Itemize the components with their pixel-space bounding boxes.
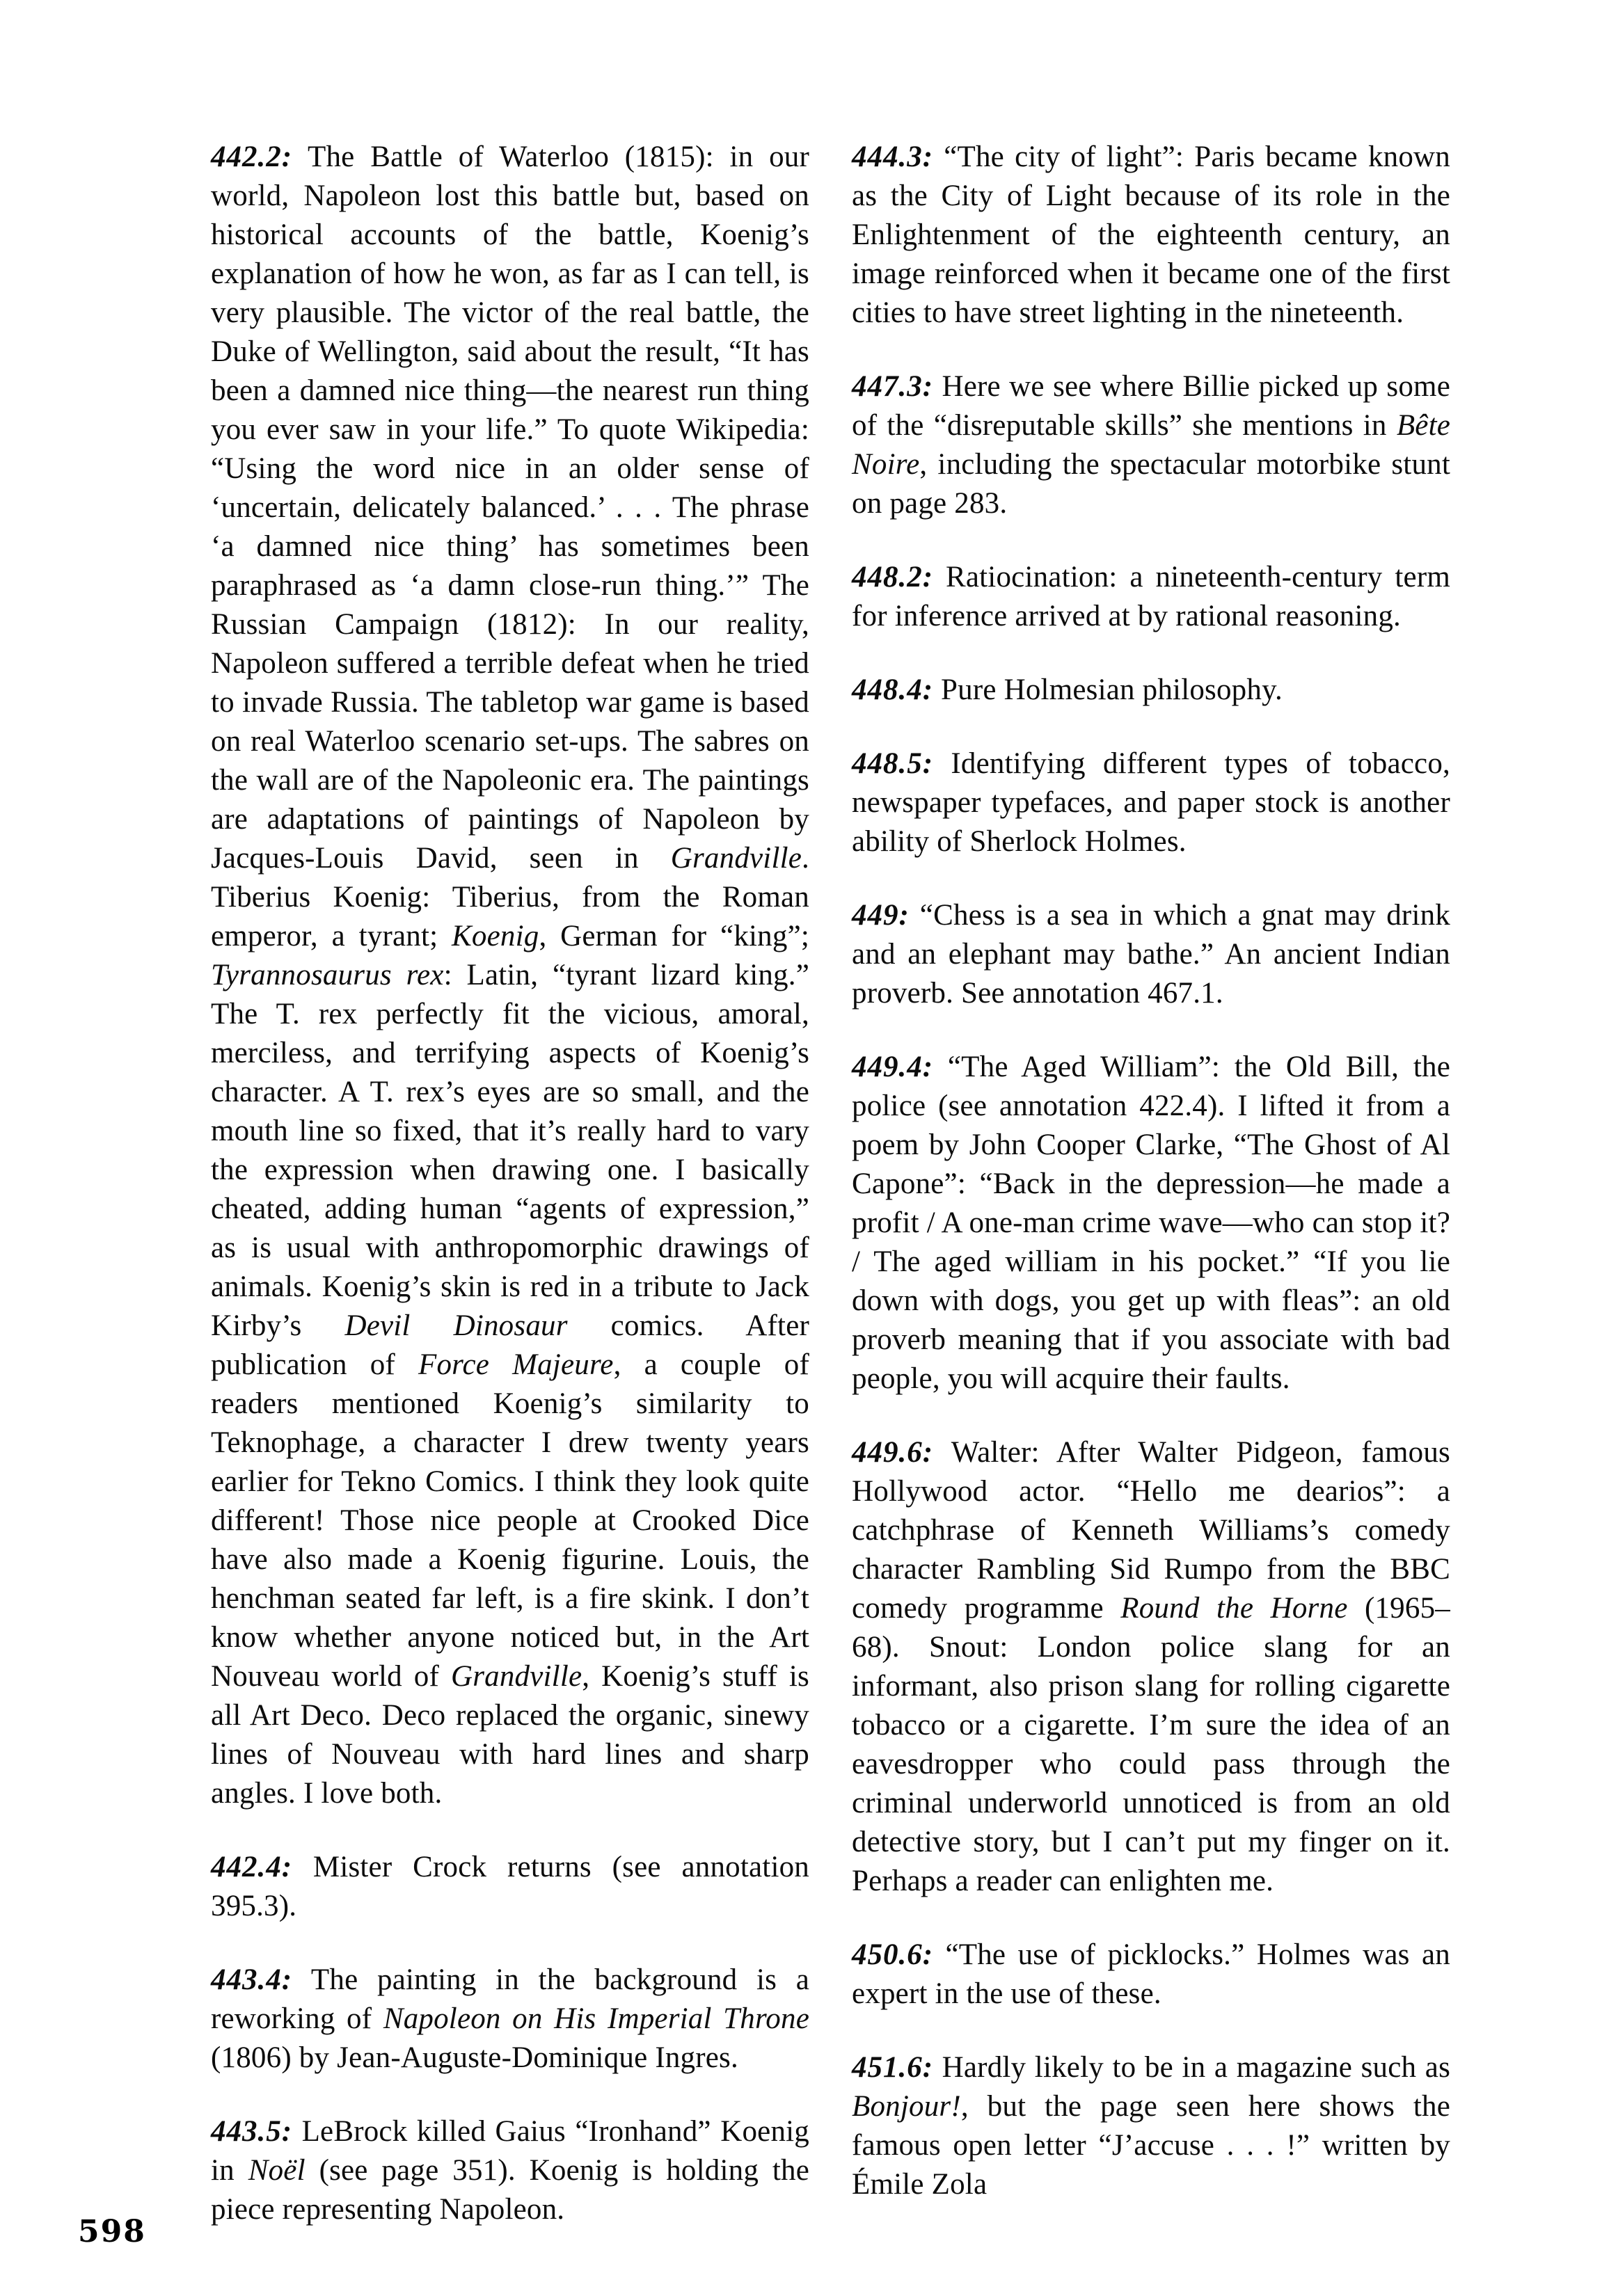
- annotation-text: Hardly likely to be in a magazine such a…: [933, 2051, 1450, 2084]
- annotation-italic-text: Tyrannosaurus rex: [211, 959, 444, 991]
- annotation-italic-text: Round the Horne: [1120, 1592, 1347, 1625]
- annotation-number: 451.6:: [852, 2051, 933, 2084]
- annotation-number: 444.3:: [852, 141, 933, 173]
- annotation-text: , a couple of readers mentioned Koenig’s…: [211, 1348, 809, 1693]
- annotation-text: The Battle of Waterloo (1815): in our wo…: [211, 141, 809, 875]
- annotation-442-4: 442.4: Mister Crock returns (see annotat…: [211, 1848, 809, 1926]
- annotation-number: 450.6:: [852, 1938, 933, 1971]
- annotation-text: Here we see where Billie picked up some …: [852, 370, 1450, 442]
- annotation-text: , German for “king”;: [539, 920, 809, 952]
- annotation-text: “The Aged William”: the Old Bill, the po…: [852, 1051, 1450, 1395]
- annotation-450-6: 450.6: “The use of picklocks.” Holmes wa…: [852, 1936, 1450, 2014]
- annotation-number: 449.4:: [852, 1051, 933, 1083]
- annotation-text: Identifying different types of tobacco, …: [852, 747, 1450, 858]
- annotation-number: 447.3:: [852, 370, 933, 403]
- annotation-number: 443.4:: [211, 1963, 292, 1996]
- annotation-number: 448.2:: [852, 561, 933, 593]
- annotation-444-3: 444.3: “The city of light”: Paris became…: [852, 138, 1450, 333]
- annotation-451-6: 451.6: Hardly likely to be in a magazine…: [852, 2048, 1450, 2204]
- annotation-italic-text: Bonjour!: [852, 2090, 961, 2123]
- annotation-448-2: 448.2: Ratiocination: a nineteenth-centu…: [852, 558, 1450, 636]
- annotation-number: 449.6:: [852, 1436, 933, 1469]
- annotation-text: : Latin, “tyrant lizard king.” The T. re…: [211, 959, 809, 1342]
- annotation-text: (1806) by Jean-Auguste-Dominique Ingres.: [211, 2041, 738, 2074]
- annotation-443-4: 443.4: The painting in the background is…: [211, 1961, 809, 2078]
- annotation-text: , including the spectacular motorbike st…: [852, 448, 1450, 520]
- annotation-449-4: 449.4: “The Aged William”: the Old Bill,…: [852, 1048, 1450, 1398]
- annotation-number: 442.2:: [211, 141, 292, 173]
- annotation-number: 449:: [852, 899, 910, 932]
- annotation-449: 449: “Chess is a sea in which a gnat may…: [852, 896, 1450, 1013]
- annotation-text: “The use of picklocks.” Holmes was an ex…: [852, 1938, 1450, 2010]
- page-number: 598: [78, 2214, 146, 2249]
- annotation-text: “The city of light”: Paris became known …: [852, 141, 1450, 329]
- annotation-448-4: 448.4: Pure Holmesian philosophy.: [852, 671, 1450, 710]
- annotation-number: 443.5:: [211, 2115, 292, 2148]
- annotation-italic-text: Napoleon on His Imperial Throne: [383, 2002, 809, 2035]
- annotations-column-right: 444.3: “The city of light”: Paris became…: [852, 138, 1450, 2204]
- annotation-italic-text: Grandville: [451, 1660, 582, 1693]
- annotation-text: Pure Holmesian philosophy.: [933, 673, 1283, 706]
- annotation-number: 442.4:: [211, 1851, 292, 1883]
- annotation-text: Mister Crock returns (see annotation 395…: [211, 1851, 809, 1922]
- annotation-number: 448.5:: [852, 747, 933, 780]
- annotation-448-5: 448.5: Identifying different types of to…: [852, 744, 1450, 861]
- annotation-447-3: 447.3: Here we see where Billie picked u…: [852, 367, 1450, 523]
- annotation-text: Ratiocination: a nineteenth-century term…: [852, 561, 1450, 632]
- annotation-text: “Chess is a sea in which a gnat may drin…: [852, 899, 1450, 1010]
- annotation-443-5: 443.5: LeBrock killed Gaius “Ironhand” K…: [211, 2112, 809, 2229]
- annotation-449-6: 449.6: Walter: After Walter Pidgeon, fam…: [852, 1433, 1450, 1901]
- annotation-number: 448.4:: [852, 673, 933, 706]
- annotation-italic-text: Noël: [248, 2154, 306, 2187]
- annotation-442-2: 442.2: The Battle of Waterloo (1815): in…: [211, 138, 809, 1813]
- annotation-italic-text: Koenig: [452, 920, 539, 952]
- annotation-italic-text: Force Majeure: [418, 1348, 614, 1381]
- annotations-column-left: 442.2: The Battle of Waterloo (1815): in…: [211, 138, 809, 2229]
- annotation-italic-text: Grandville: [671, 842, 802, 875]
- annotation-text: (1965–68). Snout: London police slang fo…: [852, 1592, 1450, 1897]
- annotation-italic-text: Devil Dinosaur: [344, 1309, 567, 1342]
